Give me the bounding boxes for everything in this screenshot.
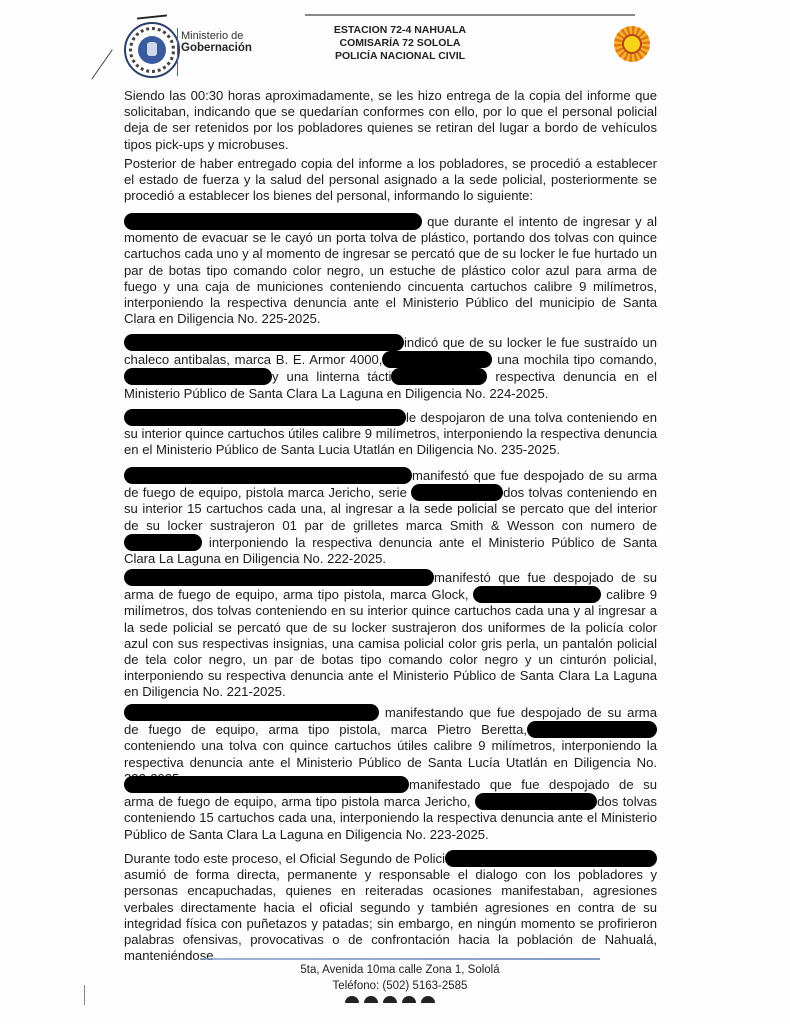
- paragraph-retention-release: Siendo las 00:30 horas aproximadamente, …: [124, 88, 657, 153]
- redaction-block: [124, 467, 412, 484]
- ministry-name-line2: Gobernación: [181, 42, 252, 54]
- redaction-block: [445, 850, 657, 867]
- footer-rule: [200, 958, 600, 960]
- header-rule: [305, 14, 635, 16]
- paragraph-item-225: que durante el intento de ingresar y al …: [124, 213, 657, 327]
- redaction-block: [411, 484, 503, 501]
- pen-mark: [137, 14, 167, 19]
- ministry-name-line1: Ministerio de: [181, 30, 243, 42]
- scan-mark: [84, 985, 85, 1005]
- redaction-block: [124, 776, 409, 793]
- guatemala-government-seal-icon: [124, 22, 180, 78]
- redaction-block: [124, 569, 434, 586]
- document-page: Ministerio de Gobernación ESTACION 72-4 …: [0, 0, 790, 1024]
- footer-address: 5ta, Avenida 10ma calle Zona 1, Sololá: [200, 962, 600, 978]
- footer-phone: Teléfono: (502) 5163-2585: [200, 978, 600, 994]
- station-line: ESTACION 72-4 NAHUALA: [300, 24, 500, 37]
- paragraph-item-232: manifestando que fue despojado de su arm…: [124, 704, 657, 787]
- redaction-block: [527, 721, 657, 738]
- paragraph-item-223: manifestado que fue despojado de su arma…: [124, 776, 657, 843]
- station-header: ESTACION 72-4 NAHUALA COMISARÍA 72 SOLOL…: [300, 24, 500, 63]
- footer-decoration: [345, 996, 435, 1004]
- footer: 5ta, Avenida 10ma calle Zona 1, Sololá T…: [200, 962, 600, 994]
- redaction-block: [124, 334, 404, 351]
- police-line: POLICÍA NACIONAL CIVIL: [300, 50, 500, 63]
- paragraph-status-of-force: Posterior de haber entregado copia del i…: [124, 156, 657, 205]
- redaction-block: [124, 213, 422, 230]
- paragraph-item-235: le despojaron de una tolva conteniendo e…: [124, 409, 657, 459]
- redaction-block: [124, 409, 406, 426]
- redaction-block: [382, 351, 492, 368]
- paragraph-item-224: indicó que de su locker le fue sustraído…: [124, 334, 657, 402]
- redaction-block: [473, 586, 601, 603]
- redaction-block: [124, 534, 202, 551]
- redaction-block: [124, 368, 272, 385]
- pen-mark: [91, 49, 112, 79]
- policia-nacional-civil-emblem-icon: [614, 26, 650, 62]
- redaction-block: [475, 793, 597, 810]
- logo-divider: [177, 28, 178, 76]
- paragraph-dialogue-process: Durante todo este proceso, el Oficial Se…: [124, 850, 657, 964]
- paragraph-item-221: manifestó que fue despojado de su arma d…: [124, 569, 657, 701]
- redaction-block: [391, 368, 487, 385]
- redaction-block: [124, 704, 379, 721]
- paragraph-item-222: manifestó que fue despojado de su arma d…: [124, 467, 657, 567]
- commissary-line: COMISARÍA 72 SOLOLA: [300, 37, 500, 50]
